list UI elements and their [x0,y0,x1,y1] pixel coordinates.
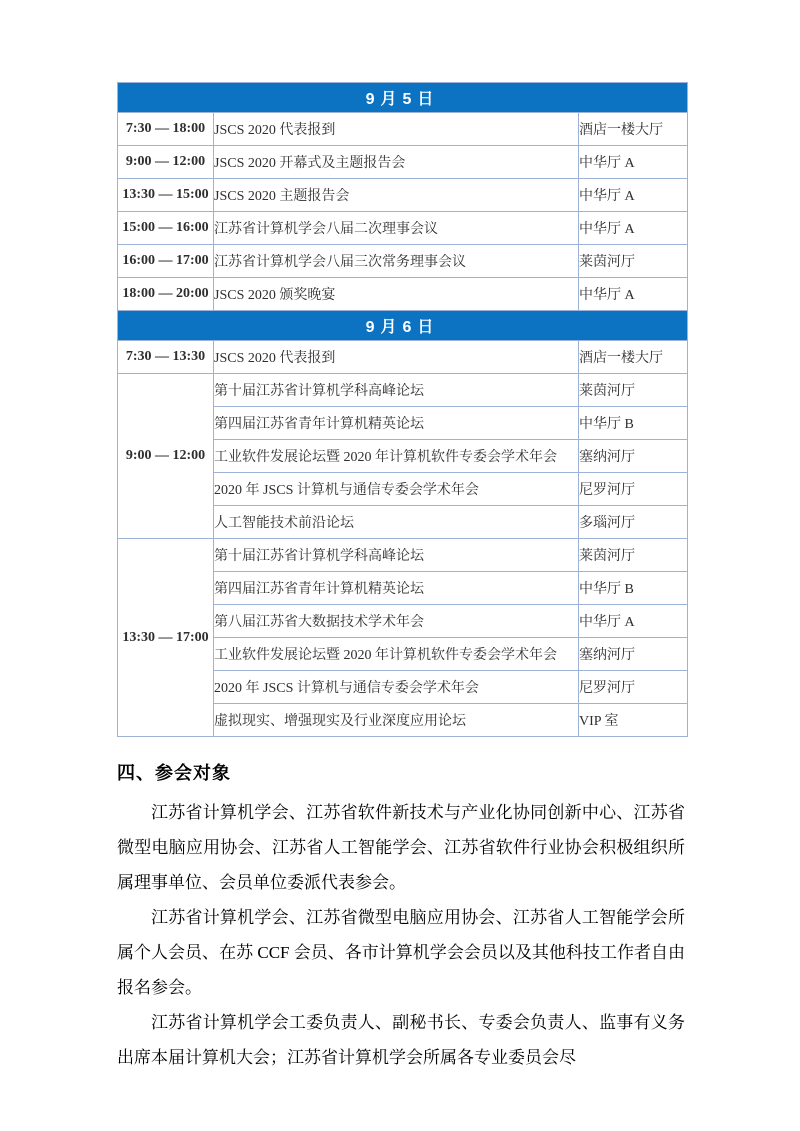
event-cell: 江苏省计算机学会八届二次理事会议 [214,212,579,245]
event-cell: 2020 年 JSCS 计算机与通信专委会学术年会 [214,473,579,506]
location-cell: 中华厅 A [579,179,688,212]
location-cell: 莱茵河厅 [579,374,688,407]
event-cell: JSCS 2020 颁奖晚宴 [214,278,579,311]
attendees-section: 四、参会对象 江苏省计算机学会、江苏省软件新技术与产业化协同创新中心、江苏省微型… [117,759,685,1075]
schedule-table: 9月5日 7:30 — 18:00 JSCS 2020 代表报到 酒店一楼大厅 … [117,82,688,737]
event-cell: 2020 年 JSCS 计算机与通信专委会学术年会 [214,671,579,704]
event-cell: JSCS 2020 代表报到 [214,113,579,146]
day-header-row-sep5: 9月5日 [118,83,688,113]
location-cell: 中华厅 A [579,212,688,245]
event-cell: 第八届江苏省大数据技术学术年会 [214,605,579,638]
event-cell: 工业软件发展论坛暨 2020 年计算机软件专委会学术年会 [214,638,579,671]
location-cell: 莱茵河厅 [579,539,688,572]
event-cell: 江苏省计算机学会八届三次常务理事会议 [214,245,579,278]
table-row: 18:00 — 20:00 JSCS 2020 颁奖晚宴 中华厅 A [118,278,688,311]
location-cell: 尼罗河厅 [579,473,688,506]
location-cell: 塞纳河厅 [579,638,688,671]
time-cell-morning: 9:00 — 12:00 [118,374,214,539]
time-cell: 16:00 — 17:00 [118,245,214,278]
location-cell: 酒店一楼大厅 [579,341,688,374]
time-cell: 7:30 — 18:00 [118,113,214,146]
table-row: 9:00 — 12:00 第十届江苏省计算机学科高峰论坛 莱茵河厅 [118,374,688,407]
location-cell: 莱茵河厅 [579,245,688,278]
paragraph: 江苏省计算机学会、江苏省微型电脑应用协会、江苏省人工智能学会所属个人会员、在苏 … [117,900,685,1005]
paragraph: 江苏省计算机学会工委负责人、副秘书长、专委会负责人、监事有义务出席本届计算机大会… [117,1005,685,1075]
event-cell: JSCS 2020 代表报到 [214,341,579,374]
location-cell: 塞纳河厅 [579,440,688,473]
table-row: 13:30 — 15:00 JSCS 2020 主题报告会 中华厅 A [118,179,688,212]
location-cell: VIP 室 [579,704,688,737]
table-row: 7:30 — 18:00 JSCS 2020 代表报到 酒店一楼大厅 [118,113,688,146]
location-cell: 中华厅 A [579,605,688,638]
table-row: 9:00 — 12:00 JSCS 2020 开幕式及主题报告会 中华厅 A [118,146,688,179]
event-cell: JSCS 2020 主题报告会 [214,179,579,212]
day-header-sep5: 9月5日 [118,83,688,113]
day-header-sep6: 9月6日 [118,311,688,341]
event-cell: 第十届江苏省计算机学科高峰论坛 [214,539,579,572]
time-cell: 7:30 — 13:30 [118,341,214,374]
location-cell: 中华厅 B [579,407,688,440]
event-cell: 第四届江苏省青年计算机精英论坛 [214,572,579,605]
location-cell: 尼罗河厅 [579,671,688,704]
event-cell: 虚拟现实、增强现实及行业深度应用论坛 [214,704,579,737]
location-cell: 中华厅 B [579,572,688,605]
time-cell-afternoon: 13:30 — 17:00 [118,539,214,737]
day-header-row-sep6: 9月6日 [118,311,688,341]
table-row: 15:00 — 16:00 江苏省计算机学会八届二次理事会议 中华厅 A [118,212,688,245]
table-row: 7:30 — 13:30 JSCS 2020 代表报到 酒店一楼大厅 [118,341,688,374]
location-cell: 酒店一楼大厅 [579,113,688,146]
time-cell: 18:00 — 20:00 [118,278,214,311]
event-cell: 第十届江苏省计算机学科高峰论坛 [214,374,579,407]
section-heading: 四、参会对象 [117,759,685,785]
time-cell: 13:30 — 15:00 [118,179,214,212]
paragraph: 江苏省计算机学会、江苏省软件新技术与产业化协同创新中心、江苏省微型电脑应用协会、… [117,795,685,900]
event-cell: JSCS 2020 开幕式及主题报告会 [214,146,579,179]
time-cell: 15:00 — 16:00 [118,212,214,245]
event-cell: 人工智能技术前沿论坛 [214,506,579,539]
table-row: 16:00 — 17:00 江苏省计算机学会八届三次常务理事会议 莱茵河厅 [118,245,688,278]
location-cell: 中华厅 A [579,278,688,311]
location-cell: 多瑙河厅 [579,506,688,539]
document-page: 9月5日 7:30 — 18:00 JSCS 2020 代表报到 酒店一楼大厅 … [0,0,800,1131]
event-cell: 第四届江苏省青年计算机精英论坛 [214,407,579,440]
event-cell: 工业软件发展论坛暨 2020 年计算机软件专委会学术年会 [214,440,579,473]
time-cell: 9:00 — 12:00 [118,146,214,179]
location-cell: 中华厅 A [579,146,688,179]
table-row: 13:30 — 17:00 第十届江苏省计算机学科高峰论坛 莱茵河厅 [118,539,688,572]
